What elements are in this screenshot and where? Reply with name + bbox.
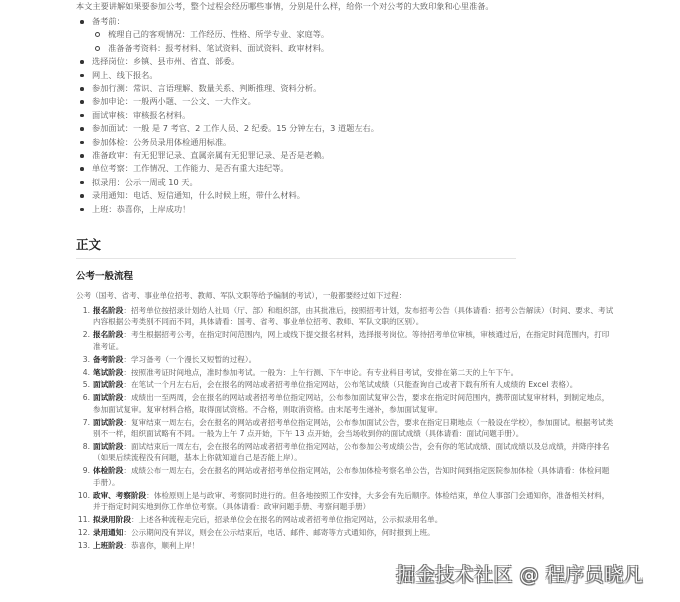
sub-list-item: 梳理自己的客观情况：工作经历、性格、所学专业、家庭等。	[92, 28, 379, 41]
step-item: 7.面试阶段：复审结束一周左右，会在报名的网站或者招考单位指定网站，公布参加面试…	[76, 417, 616, 440]
subsection-heading: 公考一般流程	[76, 268, 133, 282]
step-number: 1.	[76, 305, 90, 316]
step-text: ：体检原则上是与政审、考察同时进行的。但各地按照工作安排，大多会有先后顺序。体检…	[93, 491, 609, 511]
intro-paragraph: 本文主要讲解如果要参加公考，整个过程会经历哪些事情，分别是什么样，给你一个对公考…	[76, 1, 494, 12]
step-number: 10.	[76, 490, 90, 501]
step-title: 拟录用阶段	[93, 515, 131, 524]
step-number: 3.	[76, 354, 90, 365]
step-item: 10.政审、考察阶段：体检原则上是与政审、考察同时进行的。但各地按照工作安排，大…	[76, 490, 616, 513]
step-number: 6.	[76, 392, 90, 403]
step-text: ：面试结束后一周左右，会在报名的网站或者招考单位指定网站，公布参加公考成绩公告，…	[93, 442, 609, 462]
step-text: ：考生根据招考公考，在指定时间范围内，网上或线下提交报名材料，选择报考岗位。等待…	[93, 330, 609, 350]
step-text: ：在笔试一个月左右后，会在报名的网站或者招考单位指定网站，公布笔试成绩（只能查询…	[123, 380, 577, 389]
step-item: 6.面试阶段：成绩出一至两周，会在报名的网站或者招考单位指定网站，公布参加面试复…	[76, 392, 616, 415]
step-text: ：招考单位按招录计划给人社局（厅、部）和组织部，由其批准后，按照招考计划，发布招…	[93, 306, 613, 326]
step-number: 2.	[76, 329, 90, 340]
step-number: 4.	[76, 367, 90, 378]
step-item: 5.面试阶段：在笔试一个月左右后，会在报名的网站或者招考单位指定网站，公布笔试成…	[76, 379, 616, 390]
watermark: 掘金技术社区 @ 程序员晓凡	[396, 560, 643, 587]
flow-intro-paragraph: 公考（国考、省考、事业单位招考、教师、军队文职等给予编制的考试），一般都要经过如…	[76, 290, 406, 301]
list-item: 录用通知：电话、短信通知，什么时候上班，带什么材料。	[76, 189, 379, 202]
step-item: 8.面试阶段：面试结束后一周左右，会在报名的网站或者招考单位指定网站，公布参加公…	[76, 441, 616, 464]
list-item: 选择岗位：乡镇、县市州、省直、部委。	[76, 55, 379, 68]
step-number: 11.	[76, 514, 90, 525]
list-item: 单位考察：工作情况、工作能力、是否有重大违纪等。	[76, 162, 379, 175]
step-number: 13.	[76, 540, 90, 551]
step-title: 面试阶段	[93, 418, 123, 427]
step-number: 7.	[76, 417, 90, 428]
list-item: 参加申论：一般两小题、一公文、一大作文。	[76, 95, 379, 108]
overview-list: 备考前： 梳理自己的客观情况：工作经历、性格、所学专业、家庭等。 准备备考资料：…	[76, 15, 379, 216]
step-text: ：恭喜你，顺利上岸！	[123, 541, 199, 550]
step-number: 9.	[76, 465, 90, 476]
step-number: 5.	[76, 379, 90, 390]
step-item: 12.录用通知：公示期间没有异议，则会在公示结束后，电话、邮件、邮寄等方式通知你…	[76, 527, 616, 538]
list-item: 参加面试：一般 是 7 考官、2 工作人员、2 纪委。15 分钟左右，3 道题左…	[76, 122, 379, 135]
list-item-text: 备考前：	[92, 16, 125, 26]
step-item: 11.拟录用阶段：上述各种流程走完后，招录单位会在报名的网站或者招考单位指定网站…	[76, 514, 616, 525]
step-text: ：复审结束一周左右，会在报名的网站或者招考单位指定网站，公布参加面试公告，要求在…	[93, 418, 613, 438]
step-item: 3.备考阶段：学习备考（一个漫长又短暂的过程）。	[76, 354, 616, 365]
step-text: ：学习备考（一个漫长又短暂的过程）。	[123, 355, 256, 364]
list-item: 参加体检：公务员录用体检通用标准。	[76, 136, 379, 149]
sub-list: 梳理自己的客观情况：工作经历、性格、所学专业、家庭等。 准备备考资料：报考材料、…	[92, 28, 379, 55]
step-title: 笔试阶段	[93, 368, 123, 377]
list-item: 准备政审：有无犯罪记录、直属亲属有无犯罪记录、是否是老赖。	[76, 149, 379, 162]
step-item: 13.上班阶段：恭喜你，顺利上岸！	[76, 540, 616, 551]
steps-list: 1.报名阶段：招考单位按招录计划给人社局（厅、部）和组织部，由其批准后，按照招考…	[76, 305, 616, 553]
list-item: 拟录用：公示一周或 10 天。	[76, 176, 379, 189]
sub-list-item: 准备备考资料：报考材料、笔试资料、面试资料、政审材料。	[92, 42, 379, 55]
list-item: 备考前： 梳理自己的客观情况：工作经历、性格、所学专业、家庭等。 准备备考资料：…	[76, 15, 379, 55]
step-title: 面试阶段	[93, 442, 123, 451]
step-item: 1.报名阶段：招考单位按招录计划给人社局（厅、部）和组织部，由其批准后，按照招考…	[76, 305, 616, 328]
step-text: ：上述各种流程走完后，招录单位会在报名的网站或者招考单位指定网站，公示拟录用名单…	[131, 515, 442, 524]
step-title: 面试阶段	[93, 380, 123, 389]
step-number: 12.	[76, 527, 90, 538]
step-number: 8.	[76, 441, 90, 452]
list-item: 参加行测：常识、言语理解、数量关系、判断推理、资料分析。	[76, 82, 379, 95]
step-text: ：成绩出一至两周，会在报名的网站或者招考单位指定网站，公布参加面试复审公告，要求…	[93, 393, 609, 413]
list-item: 面试审核：审核报名材料。	[76, 109, 379, 122]
step-text: ：按照准考证时间地点，准时参加考试。一般为：上午行测、下午申论。有专业科目考试，…	[123, 368, 518, 377]
step-title: 面试阶段	[93, 393, 123, 402]
step-item: 2.报名阶段：考生根据招考公考，在指定时间范围内，网上或线下提交报名材料，选择报…	[76, 329, 616, 352]
list-item: 网上、线下报名。	[76, 69, 379, 82]
section-heading: 正文	[76, 235, 516, 259]
step-item: 9.体检阶段：成绩公布一周左右，会在报名的网站或者招考单位指定网站，公布参加体检…	[76, 465, 616, 488]
step-title: 录用通知	[93, 528, 123, 537]
step-title: 报名阶段	[93, 306, 123, 315]
step-text: ：成绩公布一周左右，会在报名的网站或者招考单位指定网站，公布参加体检考察名单公告…	[93, 466, 609, 486]
list-item: 上班：恭喜你，上岸成功！	[76, 203, 379, 216]
step-text: ：公示期间没有异议，则会在公示结束后，电话、邮件、邮寄等方式通知你，何时报到上班…	[123, 528, 434, 537]
step-title: 上班阶段	[93, 541, 123, 550]
step-title: 政审、考察阶段	[93, 491, 146, 500]
step-item: 4.笔试阶段：按照准考证时间地点，准时参加考试。一般为：上午行测、下午申论。有专…	[76, 367, 616, 378]
step-title: 备考阶段	[93, 355, 123, 364]
step-title: 体检阶段	[93, 466, 123, 475]
step-title: 报名阶段	[93, 330, 123, 339]
